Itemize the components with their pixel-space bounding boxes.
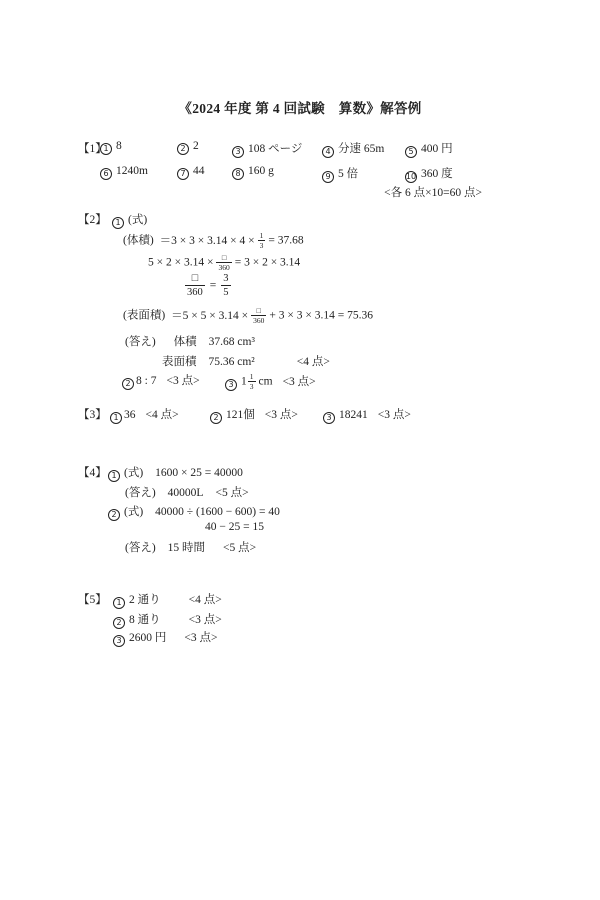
q5-row3: 32600 円<3 点> xyxy=(0,629,600,645)
q1-item-10: 10360 度 xyxy=(405,165,453,183)
fraction: 13 xyxy=(258,231,266,251)
q2-item2: 28 : 7<3 点> xyxy=(122,372,200,390)
q2-label: 【2】 xyxy=(78,211,107,227)
fraction-numerator: □ xyxy=(251,306,266,316)
score-note: <3 点> xyxy=(283,376,316,388)
answer-label: (答え) xyxy=(125,336,156,348)
q1-item-2: 22 xyxy=(177,140,199,155)
q5-row1: 【5】 12 通り<4 点> xyxy=(0,591,600,607)
q4-item2-answer: (答え)15 時間<5 点> xyxy=(0,539,600,555)
answer-text: 2 xyxy=(193,140,199,152)
fraction-denominator: 360 xyxy=(251,316,266,325)
answer-text: 121個 xyxy=(226,409,255,421)
score-note: <5 点> xyxy=(223,542,256,554)
score-note: <5 点> xyxy=(215,487,248,499)
q1-item-1: 18 xyxy=(100,140,122,155)
answer-text: 18241 xyxy=(339,409,368,421)
q2-head: 【2】 1(式) xyxy=(0,211,600,227)
fraction-denominator: 3 xyxy=(248,382,256,391)
answer-text: 1240m xyxy=(116,165,148,177)
score-note: <4 点> xyxy=(189,594,222,606)
score-note: <3 点> xyxy=(184,632,217,644)
q4-item1-answer: (答え)40000L<5 点> xyxy=(0,484,600,500)
answer-value: 15 時間 xyxy=(168,542,205,554)
answer-text: 160 g xyxy=(248,165,274,177)
q1-item-8: 8160 g xyxy=(232,165,274,180)
score-note: <4 点> xyxy=(297,356,330,368)
circled-number: 8 xyxy=(232,168,244,180)
circled-number: 2 xyxy=(210,412,222,424)
q5-label: 【5】 xyxy=(78,591,107,607)
circled-number: 5 xyxy=(405,146,417,158)
circled-number: 2 xyxy=(108,509,120,521)
q2-item3: 3113cm<3 点> xyxy=(225,372,316,392)
circled-number: 3 xyxy=(323,412,335,424)
q1-item-4: 4分速 65m xyxy=(322,140,384,158)
answer-value: 75.36 cm² xyxy=(209,356,255,368)
surface-equation: (表面積)＝5 × 5 × 3.14 ×□360+ 3 × 3 × 3.14 =… xyxy=(123,306,373,326)
answer-text: 8 xyxy=(116,140,122,152)
volume-equation: (体積)＝3 × 3 × 3.14 × 4 ×13= 37.68 xyxy=(123,231,304,251)
answer-text: 400 円 xyxy=(421,143,453,155)
circled-number: 7 xyxy=(177,168,189,180)
q2-answer-surface: 表面積75.36 cm²<4 点> xyxy=(0,353,600,369)
equation-part: = 3 × 2 × 3.14 xyxy=(235,257,300,269)
q5-item-2: 28 通り<3 点> xyxy=(113,611,222,629)
fraction-denominator: 360 xyxy=(185,286,205,299)
answer-text: 360 度 xyxy=(421,168,453,180)
circled-number: 9 xyxy=(322,171,334,183)
q3-item-3: 318241<3 点> xyxy=(323,406,411,424)
circled-number: 1 xyxy=(100,143,112,155)
score-note: <3 点> xyxy=(189,614,222,626)
fraction: 13 xyxy=(248,372,256,392)
volume-label: (体積) xyxy=(123,235,154,247)
answer-sheet-page: 《2024 年度 第 4 回試験 算数》解答例 【1】 18 22 3108 ペ… xyxy=(0,0,600,900)
answer-row: 表面積75.36 cm²<4 点> xyxy=(162,353,330,369)
q1-score-note: <各 6 点×10=60 点> xyxy=(0,184,482,200)
circled-number: 1 xyxy=(112,217,124,229)
q1-item-9: 95 倍 xyxy=(322,165,358,183)
q1-row2: 61240m 744 8160 g 95 倍 10360 度 xyxy=(0,165,600,181)
answer-text: 2 通り xyxy=(129,594,161,606)
answer-label: (答え) xyxy=(125,487,156,499)
answer-row: (答え)15 時間<5 点> xyxy=(125,539,256,555)
circled-number: 3 xyxy=(232,146,244,158)
circled-number: 1 xyxy=(113,597,125,609)
q3-label: 【3】 xyxy=(78,406,107,422)
q4-item2-formula: 2(式)40000 ÷ (1600 − 600) = 40 xyxy=(0,503,600,519)
shiki-label: (式) xyxy=(124,506,143,518)
equation-part: ＝5 × 5 × 3.14 × xyxy=(171,310,248,322)
unit-label: cm xyxy=(259,376,273,388)
score-note: <3 点> xyxy=(265,409,298,421)
q2-item1-head: 1(式) xyxy=(112,211,147,229)
answer-text: 8 : 7 xyxy=(136,375,156,387)
fraction-equation: □360=35 xyxy=(180,272,236,299)
q1-item-6: 61240m xyxy=(100,165,148,180)
score-note: <3 点> xyxy=(378,409,411,421)
answer-text: 分速 65m xyxy=(338,143,384,155)
circled-number: 4 xyxy=(322,146,334,158)
circled-number: 3 xyxy=(113,635,125,647)
equals-sign: = xyxy=(210,279,217,291)
q3-item-2: 2121個<3 点> xyxy=(210,406,298,424)
q2-answer-volume: (答え)体積37.68 cm³ xyxy=(0,333,600,349)
answer-text: 5 倍 xyxy=(338,168,358,180)
equation-part: ＝3 × 3 × 3.14 × 4 × xyxy=(160,235,255,247)
circled-number: 1 xyxy=(110,412,122,424)
answer-text: 44 xyxy=(193,165,205,177)
circled-number: 2 xyxy=(177,143,189,155)
equation-part: 5 × 2 × 3.14 × xyxy=(148,257,213,269)
equation: 40 − 25 = 15 xyxy=(205,521,264,533)
fraction-numerator: 3 xyxy=(221,272,230,286)
q1-item-3: 3108 ページ xyxy=(232,140,302,158)
q5-item-1: 12 通り<4 点> xyxy=(113,591,222,609)
answer-text: 108 ページ xyxy=(248,143,302,155)
equation-part: = 37.68 xyxy=(268,235,303,247)
answer-row: (答え)40000L<5 点> xyxy=(125,484,249,500)
equation: 40000 ÷ (1600 − 600) = 40 xyxy=(155,506,280,518)
circled-number: 2 xyxy=(122,378,134,390)
answer-name: 表面積 xyxy=(162,356,197,368)
q5-item-3: 32600 円<3 点> xyxy=(113,629,217,647)
equation-part: + 3 × 3 × 3.14 = 75.36 xyxy=(269,310,373,322)
circled-number: 6 xyxy=(100,168,112,180)
fraction-numerator: □ xyxy=(216,253,231,263)
q1-item-7: 744 xyxy=(177,165,205,180)
answer-text: 36 xyxy=(124,409,136,421)
answer-value: 40000L xyxy=(168,487,204,499)
q5-row2: 28 通り<3 点> xyxy=(0,611,600,627)
circled-number: 2 xyxy=(113,617,125,629)
formula-row: 2(式)40000 ÷ (1600 − 600) = 40 xyxy=(108,503,280,521)
shiki-label: (式) xyxy=(124,467,143,479)
fraction-numerator: □ xyxy=(185,272,205,286)
circled-number: 1 xyxy=(108,470,120,482)
fraction-numerator: 1 xyxy=(258,231,266,241)
fraction: □360 xyxy=(251,306,266,326)
fraction-denominator: 3 xyxy=(258,241,266,250)
answer-text: 8 通り xyxy=(129,614,161,626)
fraction-numerator: 1 xyxy=(248,372,256,382)
answer-text: 2600 円 xyxy=(129,632,166,644)
fraction: 35 xyxy=(221,272,230,299)
answer-row: (答え)体積37.68 cm³ xyxy=(125,333,255,349)
shiki-label: (式) xyxy=(128,214,147,226)
q2-eq-fraction: □360=35 xyxy=(0,272,600,302)
q2-items-2-3: 28 : 7<3 点> 3113cm<3 点> xyxy=(0,372,600,392)
q4-item1-formula: 【4】 1(式)1600 × 25 = 40000 xyxy=(0,464,600,480)
q1-row1: 【1】 18 22 3108 ページ 4分速 65m 5400 円 xyxy=(0,140,600,156)
side-equation: 5 × 2 × 3.14 ×□360= 3 × 2 × 3.14 xyxy=(148,253,300,273)
q1-item-5: 5400 円 xyxy=(405,140,453,158)
q2-eq-side: 5 × 2 × 3.14 ×□360= 3 × 2 × 3.14 xyxy=(0,253,600,271)
fraction: □360 xyxy=(216,253,231,273)
fraction-denominator: 5 xyxy=(221,286,230,299)
circled-number: 3 xyxy=(225,379,237,391)
page-title: 《2024 年度 第 4 回試験 算数》解答例 xyxy=(0,97,600,117)
score-note: <4 点> xyxy=(146,409,179,421)
formula-row: 1(式)1600 × 25 = 40000 xyxy=(108,464,243,482)
surface-label: (表面積) xyxy=(123,310,165,322)
q4-item2-formula2: 40 − 25 = 15 xyxy=(0,521,600,537)
q3-item-1: 136<4 点> xyxy=(110,406,179,424)
score-note: <3 点> xyxy=(166,375,199,387)
answer-label: (答え) xyxy=(125,542,156,554)
fraction: □360 xyxy=(185,272,205,299)
answer-name: 体積 xyxy=(174,336,197,348)
equation: 1600 × 25 = 40000 xyxy=(155,467,243,479)
q4-label: 【4】 xyxy=(78,464,107,480)
mixed-number-whole: 1 xyxy=(241,376,247,388)
q2-eq-surface: (表面積)＝5 × 5 × 3.14 ×□360+ 3 × 3 × 3.14 =… xyxy=(0,306,600,324)
circled-number: 10 xyxy=(405,171,417,183)
q2-eq-volume: (体積)＝3 × 3 × 3.14 × 4 ×13= 37.68 xyxy=(0,231,600,249)
answer-value: 37.68 cm³ xyxy=(209,336,255,348)
q3-row: 【3】 136<4 点> 2121個<3 点> 318241<3 点> xyxy=(0,406,600,422)
